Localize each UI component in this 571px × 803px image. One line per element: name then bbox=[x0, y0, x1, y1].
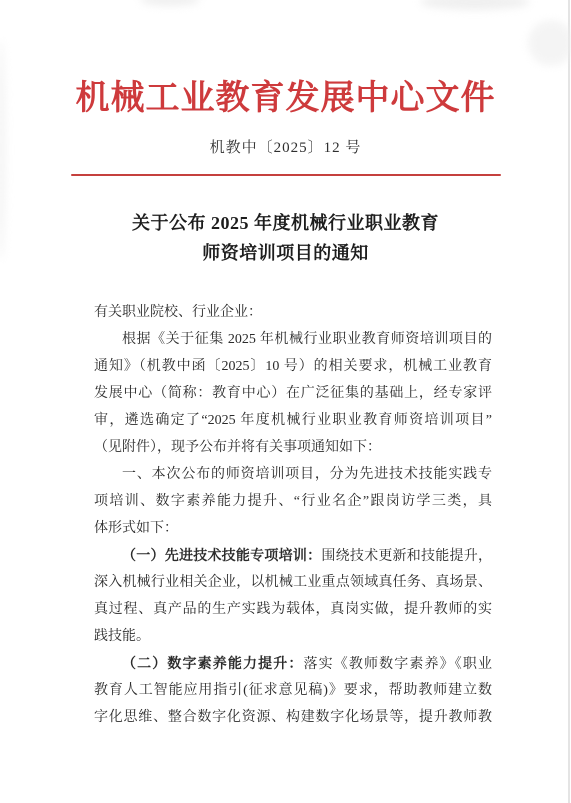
scan-artifact bbox=[140, 0, 200, 6]
red-divider-rule bbox=[71, 174, 501, 176]
body-line: 项培训、数字素养能力提升、“行业名企”跟岗访学三类，具 bbox=[94, 488, 492, 515]
body-line: 根据《关于征集 2025 年机械行业职业教育师资培训项目的 bbox=[94, 326, 492, 353]
doc-number: 机教中〔2025〕12 号 bbox=[0, 138, 571, 158]
body-line: 真过程、真产品的生产实践为载体，真岗实做，提升教师的实 bbox=[94, 596, 492, 623]
body-line-bold-heading: （二）数字素养能力提升： bbox=[122, 655, 304, 671]
doc-title-line1: 关于公布 2025 年度机械行业职业教育 bbox=[0, 208, 571, 238]
document-page: 机械工业教育发展中心文件 机教中〔2025〕12 号 关于公布 2025 年度机… bbox=[0, 0, 571, 803]
body-line: （二）数字素养能力提升：落实《教师数字素养》《职业 bbox=[94, 650, 492, 677]
org-title: 机械工业教育发展中心文件 bbox=[0, 76, 571, 122]
body-line: （一）先进技术技能专项培训：围绕技术更新和技能提升， bbox=[94, 542, 492, 569]
body-line: 践技能。 bbox=[94, 623, 492, 650]
body-line-bold-heading: （一）先进技术技能专项培训： bbox=[122, 547, 321, 563]
scan-artifact bbox=[528, 20, 571, 66]
document-body: 有关职业院校、行业企业：根据《关于征集 2025 年机械行业职业教育师资培训项目… bbox=[94, 299, 492, 731]
body-line: 深入机械行业相关企业，以机械工业重点领域真任务、真场景、 bbox=[94, 569, 492, 596]
doc-title: 关于公布 2025 年度机械行业职业教育 师资培训项目的通知 bbox=[0, 208, 571, 268]
body-line: 有关职业院校、行业企业： bbox=[94, 299, 492, 326]
body-line: 教育人工智能应用指引(征求意见稿)》要求，帮助教师建立数 bbox=[94, 677, 492, 704]
body-line: 审，遴选确定了“2025 年度机械行业职业教育师资培训项目” bbox=[94, 407, 492, 434]
scan-artifact bbox=[420, 0, 530, 10]
scan-page-edge bbox=[568, 0, 570, 803]
body-line: （见附件），现予公布并将有关事项通知如下： bbox=[94, 434, 492, 461]
body-line: 体形式如下： bbox=[94, 515, 492, 542]
body-line: 发展中心（简称：教育中心）在广泛征集的基础上，经专家评 bbox=[94, 380, 492, 407]
body-line: 通知》（机教中函〔2025〕10 号）的相关要求，机械工业教育 bbox=[94, 353, 492, 380]
body-line: 一、本次公布的师资培训项目，分为先进技术技能实践专 bbox=[94, 461, 492, 488]
doc-title-line2: 师资培训项目的通知 bbox=[0, 238, 571, 268]
body-line: 字化思维、整合数字化资源、构建数字化场景等，提升教师教 bbox=[94, 704, 492, 731]
